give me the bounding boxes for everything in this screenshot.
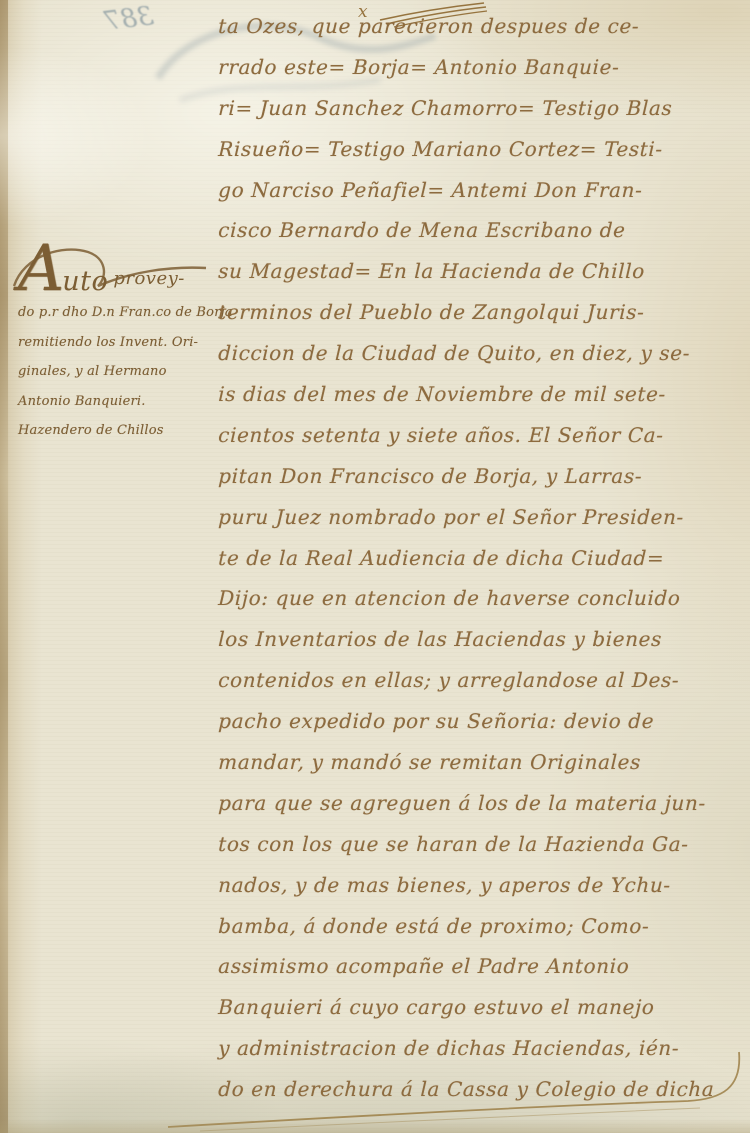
- margin-note-lines: do p.r dho D.n Fran.co de Borjaremitiend…: [18, 298, 220, 446]
- text-line: Banquieri á cuyo cargo estuvo el manejo: [217, 995, 746, 1036]
- text-line: mandar, y mandó se remitan Originales: [217, 750, 746, 791]
- text-line: Risueño= Testigo Mariano Cortez= Testi-: [217, 137, 746, 178]
- text-line: pitan Don Francisco de Borja, y Larras-: [217, 464, 746, 505]
- margin-note-line: remitiendo los Invent. Ori-: [18, 328, 220, 358]
- text-line: puru Juez nombrado por el Señor Presiden…: [217, 505, 746, 546]
- text-line: su Magestad= En la Hacienda de Chillo: [217, 259, 746, 300]
- text-line: cisco Bernardo de Mena Escribano de: [217, 218, 746, 259]
- text-line: nados, y de mas bienes, y aperos de Ychu…: [217, 873, 746, 914]
- text-line: ri= Juan Sanchez Chamorro= Testigo Blas: [217, 96, 746, 137]
- document-body: ta Ozes, que parecieron despues de ce-rr…: [218, 14, 746, 1118]
- text-line: rrado este= Borja= Antonio Banquie-: [217, 55, 746, 96]
- text-line: tos con los que se haran de la Hazienda …: [217, 832, 746, 873]
- folio-number-bleedthrough: 387: [102, 1, 155, 37]
- text-line: pacho expedido por su Señoria: devio de: [217, 709, 746, 750]
- text-line: is dias del mes de Noviembre de mil sete…: [217, 382, 746, 423]
- text-line: contenidos en ellas; y arreglandose al D…: [217, 668, 746, 709]
- text-line: terminos del Pueblo de Zangolqui Juris-: [217, 300, 746, 341]
- binding-edge: [0, 0, 8, 1133]
- manuscript-page: 387 x Auto provey- do p.r dho D.n Fran.c…: [0, 0, 750, 1133]
- text-line: cientos setenta y siete años. El Señor C…: [217, 423, 746, 464]
- text-line: assimismo acompañe el Padre Antonio: [217, 954, 746, 995]
- text-line: te de la Real Audiencia de dicha Ciudad=: [217, 546, 746, 587]
- text-line: los Inventarios de las Haciendas y biene…: [217, 627, 746, 668]
- margin-note-line: Antonio Banquieri.: [18, 387, 220, 417]
- text-line: bamba, á donde está de proximo; Como-: [217, 914, 746, 955]
- text-line: Dijo: que en atencion de haverse conclui…: [217, 586, 746, 627]
- margin-note-heading: Auto provey-: [18, 240, 220, 298]
- text-line: do en derechura á la Cassa y Colegio de …: [217, 1077, 746, 1118]
- margin-first-line-tail: provey-: [113, 268, 185, 289]
- margin-note-line: ginales, y al Hermano: [18, 357, 220, 387]
- text-line: go Narciso Peñafiel= Antemi Don Fran-: [217, 178, 746, 219]
- bottom-shadow: [0, 1119, 750, 1133]
- text-line: ta Ozes, que parecieron despues de ce-: [217, 14, 746, 55]
- text-line: para que se agreguen á los de la materia…: [217, 791, 746, 832]
- margin-note: Auto provey- do p.r dho D.n Fran.co de B…: [18, 240, 220, 446]
- margin-note-line: Hazendero de Chillos: [18, 416, 220, 446]
- text-line: diccion de la Ciudad de Quito, en diez, …: [217, 341, 746, 382]
- text-line: y administracion de dichas Haciendas, ié…: [217, 1036, 746, 1077]
